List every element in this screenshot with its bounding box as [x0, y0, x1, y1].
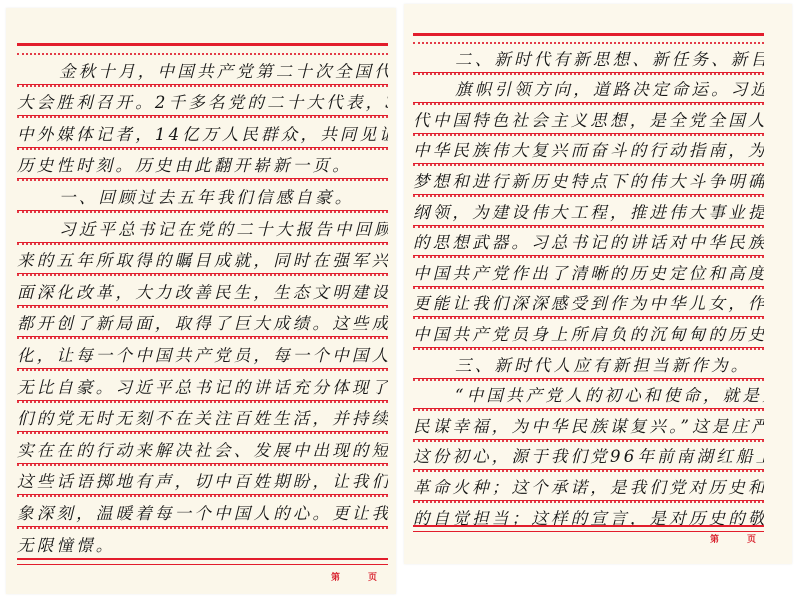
- ruled-line: 中国共产党员身上所肩负的沉甸甸的历史责任和使命。: [413, 317, 764, 348]
- handwritten-line: 这份初心，源于我们党96年前南湖红船上生起的: [413, 447, 764, 467]
- manuscript-page-left: 金秋十月，中国共产党第二十次全国代表大会胜利召开。2千多名党的二十大代表，3千多…: [6, 8, 396, 594]
- dotted-guide: [17, 148, 388, 150]
- ruled-line: 象深刻，温暖着每一个中国人的心。更让我们: [17, 495, 388, 527]
- ruled-line: 习近平总书记在党的二十大报告中回顾了十九大以: [17, 211, 388, 243]
- ruled-line: 实在在的行动来解决社会、发展中出现的短板。: [17, 432, 388, 464]
- dotted-guide: [17, 85, 388, 87]
- dotted-guide: [17, 401, 388, 403]
- handwritten-line: 民谋幸福，为中华民族谋复兴。”这是庄严的政治宣言，: [413, 417, 764, 437]
- ruled-line: 民谋幸福，为中华民族谋复兴。”这是庄严的政治宣言，: [413, 409, 764, 440]
- handwritten-line: 金秋十月，中国共产党第二十次全国代表: [17, 62, 388, 82]
- dotted-guide: [413, 470, 764, 472]
- footer-ye: 页: [747, 532, 756, 545]
- ruled-line: 代中国特色社会主义思想，是全党全国人民为实现: [413, 103, 764, 134]
- handwritten-line: 都开创了新局面，取得了巨大成绩。这些成就和变: [17, 314, 388, 334]
- manuscript-page-right: 二、新时代有新思想、新任务、新目标。旗帜引领方向，道路决定命运。习近平新时代中国…: [404, 4, 792, 564]
- dotted-guide: [413, 348, 764, 350]
- handwritten-line: 无比自豪。习近平总书记的讲话充分体现了我: [17, 378, 388, 398]
- dotted-guide: [413, 440, 764, 442]
- dotted-guide: [17, 179, 388, 181]
- handwritten-line: 中国共产党作出了清晰的历史定位和高度的肯定。: [413, 264, 764, 284]
- top-rule: [413, 33, 764, 36]
- handwritten-line: 中国共产党员身上所肩负的沉甸甸的历史责任和使命。: [413, 325, 764, 345]
- dotted-guide: [17, 495, 388, 497]
- ruled-line: 这份初心，源于我们党96年前南湖红船上生起的: [413, 440, 764, 471]
- handwritten-line: 梦想和进行新历史特点下的伟大斗争明确了行动: [413, 172, 764, 192]
- dotted-guide: [413, 317, 764, 319]
- handwritten-line: 们的党无时无刻不在关注百姓生活，并持续用实: [17, 409, 388, 429]
- ruled-area-left: 金秋十月，中国共产党第二十次全国代表大会胜利召开。2千多名党的二十大代表，3千多…: [17, 43, 388, 568]
- ruled-line: 中国共产党作出了清晰的历史定位和高度的肯定。: [413, 256, 764, 287]
- handwritten-line: 化，让每一个中国共产党员，每一个中国人都感到: [17, 346, 388, 366]
- ruled-line: 们的党无时无刻不在关注百姓生活，并持续用实: [17, 401, 388, 433]
- ruled-line: 旗帜引领方向，道路决定命运。习近平新时: [413, 73, 764, 104]
- handwritten-line: 更能让我们深深感受到作为中华儿女，作为一名: [413, 294, 764, 314]
- ruled-line: 三、新时代人应有新担当新作为。: [413, 348, 764, 379]
- bottom-rule: [413, 525, 764, 532]
- dotted-guide: [413, 103, 764, 105]
- handwritten-line: 中华民族伟大复兴而奋斗的行动指南，为实现伟大: [413, 141, 764, 161]
- handwritten-line: 无限憧憬。: [17, 536, 388, 556]
- footer-di: 第: [331, 570, 340, 583]
- dotted-guide: [413, 379, 764, 381]
- handwritten-line: 的思想武器。习总书记的讲话对中华民族、中国人民、: [413, 233, 764, 253]
- dotted-guide: [17, 464, 388, 466]
- handwritten-line: 革命火种；这个承诺，是我们党对历史和民族不变: [413, 478, 764, 498]
- dotted-guide: [413, 226, 764, 228]
- handwritten-line: 二、新时代有新思想、新任务、新目标。: [413, 50, 764, 70]
- footer-ye: 页: [368, 570, 377, 583]
- bottom-rule: [17, 558, 388, 565]
- dotted-guide: [413, 195, 764, 197]
- dotted-guide: [413, 73, 764, 75]
- ruled-line: 纲领，为建设伟大工程，推进伟大事业提供了强有力: [413, 195, 764, 226]
- handwritten-line: 历史性时刻。历史由此翻开崭新一页。: [17, 156, 388, 176]
- ruled-line: 大会胜利召开。2千多名党的二十大代表，3千多名: [17, 85, 388, 117]
- dotted-guide: [413, 256, 764, 258]
- handwritten-line: 面深化改革，大力改善民生，生态文明建设等方面，: [17, 283, 388, 303]
- ruled-line: 中华民族伟大复兴而奋斗的行动指南，为实现伟大: [413, 134, 764, 165]
- dotted-guide: [17, 116, 388, 118]
- ruled-line: 更能让我们深深感受到作为中华儿女，作为一名: [413, 287, 764, 318]
- handwritten-line: 实在在的行动来解决社会、发展中出现的短板。: [17, 441, 388, 461]
- dotted-guide: [413, 134, 764, 136]
- dotted-guide: [17, 306, 388, 308]
- ruled-line: 梦想和进行新历史特点下的伟大斗争明确了行动: [413, 164, 764, 195]
- ruled-line: 一、回顾过去五年我们信感自豪。: [17, 179, 388, 211]
- dotted-guide: [17, 211, 388, 213]
- dotted-guide: [17, 432, 388, 434]
- ruled-line: 金秋十月，中国共产党第二十次全国代表: [17, 53, 388, 85]
- ruled-line: 都开创了新局面，取得了巨大成绩。这些成就和变: [17, 306, 388, 338]
- dotted-guide: [17, 274, 388, 276]
- ruled-line: 无限憧憬。: [17, 527, 388, 559]
- ruled-line: 这些话语掷地有声，切中百姓期盼，让我们印: [17, 464, 388, 496]
- dotted-guide: [413, 409, 764, 411]
- dotted-guide: [17, 53, 388, 55]
- page-number-footer: 第页: [710, 532, 756, 545]
- dotted-guide: [413, 501, 764, 503]
- handwritten-line: 象深刻，温暖着每一个中国人的心。更让我们: [17, 504, 388, 524]
- dotted-guide: [413, 42, 764, 44]
- ruled-line: 历史性时刻。历史由此翻开崭新一页。: [17, 148, 388, 180]
- handwritten-line: 旗帜引领方向，道路决定命运。习近平新时: [413, 80, 764, 100]
- ruled-line: “中国共产党人的初心和使命，就是为中国人: [413, 379, 764, 410]
- dotted-guide: [17, 337, 388, 339]
- dotted-guide: [413, 164, 764, 166]
- top-rule: [17, 43, 388, 46]
- ruled-line: 二、新时代有新思想、新任务、新目标。: [413, 42, 764, 73]
- handwritten-line: 代中国特色社会主义思想，是全党全国人民为实现: [413, 111, 764, 131]
- ruled-line: 来的五年所取得的瞩目成就，同时在强军兴军全: [17, 243, 388, 275]
- ruled-line: 面深化改革，大力改善民生，生态文明建设等方面，: [17, 274, 388, 306]
- footer-di: 第: [710, 532, 719, 545]
- handwritten-line: 中外媒体记者，14亿万人民群众，共同见证了这一: [17, 125, 388, 145]
- dotted-guide: [17, 527, 388, 529]
- ruled-area-right: 二、新时代有新思想、新任务、新目标。旗帜引领方向，道路决定命运。习近平新时代中国…: [413, 33, 764, 533]
- ruled-line: 革命火种；这个承诺，是我们党对历史和民族不变: [413, 470, 764, 501]
- dotted-guide: [17, 369, 388, 371]
- ruled-line: 中外媒体记者，14亿万人民群众，共同见证了这一: [17, 116, 388, 148]
- ruled-line: 无比自豪。习近平总书记的讲话充分体现了我: [17, 369, 388, 401]
- handwritten-line: “中国共产党人的初心和使命，就是为中国人: [413, 386, 764, 406]
- dotted-guide: [17, 243, 388, 245]
- handwritten-line: 习近平总书记在党的二十大报告中回顾了十九大以: [17, 220, 388, 240]
- handwritten-line: 来的五年所取得的瞩目成就，同时在强军兴军全: [17, 251, 388, 271]
- handwritten-line: 大会胜利召开。2千多名党的二十大代表，3千多名: [17, 93, 388, 113]
- handwritten-line: 一、回顾过去五年我们信感自豪。: [17, 188, 388, 208]
- handwritten-line: 三、新时代人应有新担当新作为。: [413, 356, 764, 376]
- handwritten-line: 纲领，为建设伟大工程，推进伟大事业提供了强有力: [413, 203, 764, 223]
- dotted-guide: [413, 287, 764, 289]
- page-number-footer: 第页: [331, 570, 377, 583]
- handwritten-line: 这些话语掷地有声，切中百姓期盼，让我们印: [17, 472, 388, 492]
- ruled-line: 化，让每一个中国共产党员，每一个中国人都感到: [17, 337, 388, 369]
- ruled-line: 的思想武器。习总书记的讲话对中华民族、中国人民、: [413, 226, 764, 257]
